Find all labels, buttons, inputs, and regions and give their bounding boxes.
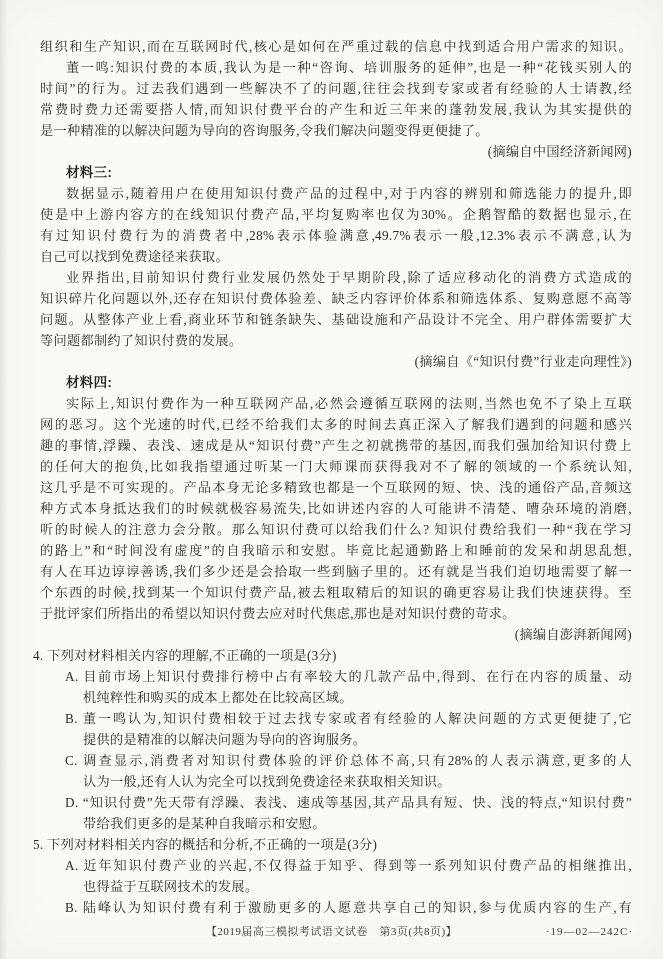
page-footer: 【2019届高三模拟考试语文试卷 第3页(共8页)】 ·19—02—242C· (0, 922, 663, 942)
paragraph-line: 听的时候人的注意力会分散。那么知识付费可以给我们什么? 知识付费给我们一种“我在… (40, 519, 632, 540)
paragraph-line: 个东西的时候,找到某一个知识付费产品,被去粗取精后的知识的确更容易让我们快速获得… (40, 582, 632, 603)
footer-paper-code: ·19—02—242C· (546, 922, 633, 942)
paragraph-last-line: 自己可以找到免费途径来获取。 (40, 246, 632, 267)
paragraph-line: 使是中上游内容方的在线知识付费产品,平均复购率也仅为30%。企鹅智酷的数据也显示… (40, 204, 632, 225)
source-attribution: (摘编自《“知识付费”行业走向理性》) (40, 351, 632, 372)
paragraph-line: 有人在耳边谆谆善诱,我们多少还是会拾取一些到脑子里的。还有就是当我们迫切地需要了… (40, 561, 632, 582)
question-stem: 5. 下列对材料相关内容的概括和分析,不正确的一项是(3分) (33, 834, 632, 855)
material-heading: 材料四: (40, 372, 632, 393)
material-heading: 材料三: (40, 162, 632, 183)
scanned-exam-page: 组织和生产知识,而在互联网时代,核心是如何在严重过载的信息中找到适合用户需求的知… (0, 0, 663, 959)
paragraph-line: 组织和生产知识,而在互联网时代,核心是如何在严重过载的信息中找到适合用户需求的知… (40, 36, 632, 57)
paragraph-line: 知识碎片化问题以外,还存在知识付费体验差、缺乏内容评价体系和筛选体系、复购意愿不… (40, 288, 632, 309)
paragraph-last-line: 等问题都制约了知识付费的发展。 (40, 330, 632, 351)
paragraph-first-line: 实际上,知识付费作为一种互联网产品,必然会遵循互联网的法则,当然也免不了染上互联 (40, 393, 632, 414)
paragraph-last-line: 于批评家们所指出的希望以知识付费去应对时代焦虑,那也是对知识付费的苛求。 (40, 603, 632, 624)
paragraph-first-line: 董一鸣:知识付费的本质,我认为是一种“咨询、培训服务的延伸”,也是一种“花钱买别… (40, 57, 632, 78)
option-line-continuation: 机纯粹性和购买的成本上都处在比较高区域。 (40, 687, 632, 708)
paragraph-line: 趣的事情,浮躁、表浅、速成是从“知识付费”产生之初就携带的基因,而我们强加给知识… (40, 435, 632, 456)
option-line: B. 董一鸣认为,知识付费相较于过去找专家或者有经验的人解决问题的方式更便捷了,… (40, 708, 632, 729)
scan-edge-shadow (0, 0, 7, 959)
option-line: C. 调查显示,消费者对知识付费体验的评价总体不高,只有28%的人表示满意,更多… (40, 750, 632, 771)
option-line: D. “知识付费”先天带有浮躁、表浅、速成等基因,其产品具有短、快、浅的特点,“… (40, 792, 632, 813)
paragraph-first-line: 业界指出,目前知识付费行业发展仍然处于早期阶段,除了适应移动化的消费方式造成的 (40, 267, 632, 288)
paragraph-line: 网的恶习。这个光速的时代,已经不给我们太多的时间去真正深入了解我们遇到的问题和感… (40, 414, 632, 435)
paragraph-line: 种方式本身抵达我们的时候就极容易流失,比如讲述内容的人可能讲不清楚、嘈杂环境的消… (40, 498, 632, 519)
question-stem: 4. 下列对材料相关内容的理解,不正确的一项是(3分) (33, 645, 632, 666)
paragraph-line: 有过知识付费行为的消费者中,28%表示体验满意,49.7%表示一般,12.3%表… (40, 225, 632, 246)
exam-text-column: 组织和生产知识,而在互联网时代,核心是如何在严重过载的信息中找到适合用户需求的知… (40, 36, 632, 918)
option-line-continuation: 提供的是精准的以解决问题为导向的咨询服务。 (40, 729, 632, 750)
option-line: A. 近年知识付费产业的兴起,不仅得益于知乎、得到等一系列知识付费产品的相继推出… (40, 855, 632, 876)
paragraph-line: 常费时费力还需要搭人情,而知识付费平台的产生和近三年来的蓬勃发展,我认为其实提供… (40, 99, 632, 120)
paragraph-line: 问题。从整体产业上看,商业环节和链条缺失、基础设施和产品设计不完全、用户群体需要… (40, 309, 632, 330)
paragraph-line: 时间”的行为。过去我们遇到一些解决不了的问题,往往会找到专家或者有经验的人士请教… (40, 78, 632, 99)
paragraph-first-line: 数据显示,随着用户在使用知识付费产品的过程中,对于内容的辨别和筛选能力的提升,即 (40, 183, 632, 204)
paragraph-line: 的任何大的抱负,比如我指望通过听某一门大师课而获得我对不了解的领域的一个系统认知… (40, 456, 632, 477)
source-attribution: (摘编自澎湃新闻网) (40, 624, 632, 645)
option-line: A. 目前市场上知识付费排行榜中占有率较大的几款产品中,得到、在行在内容的质量、… (40, 666, 632, 687)
paragraph-line: 的路上”和“时间没有虚度”的自我暗示和安慰。毕竟比起通勤路上和睡前的发呆和胡思乱… (40, 540, 632, 561)
paragraph-last-line: 是一种精准的以解决问题为导向的咨询服务,令我们解决问题变得更便捷了。 (40, 120, 632, 141)
source-attribution: (摘编自中国经济新闻网) (40, 141, 632, 162)
option-line-continuation: 带给我们更多的是某种自我暗示和安慰。 (40, 813, 632, 834)
paragraph-line: 这几乎是不可实现的。产品本身无论多精致也都是一个互联网的短、快、浅的通俗产品,音… (40, 477, 632, 498)
option-line: B. 陆峰认为知识付费有利于激励更多的人愿意共享自己的知识,参与优质内容的生产,… (40, 897, 632, 918)
option-line-continuation: 认为一般,还有人认为完全可以找到免费途径来获取相关知识。 (40, 771, 632, 792)
option-line-continuation: 也得益于互联网技术的发展。 (40, 876, 632, 897)
